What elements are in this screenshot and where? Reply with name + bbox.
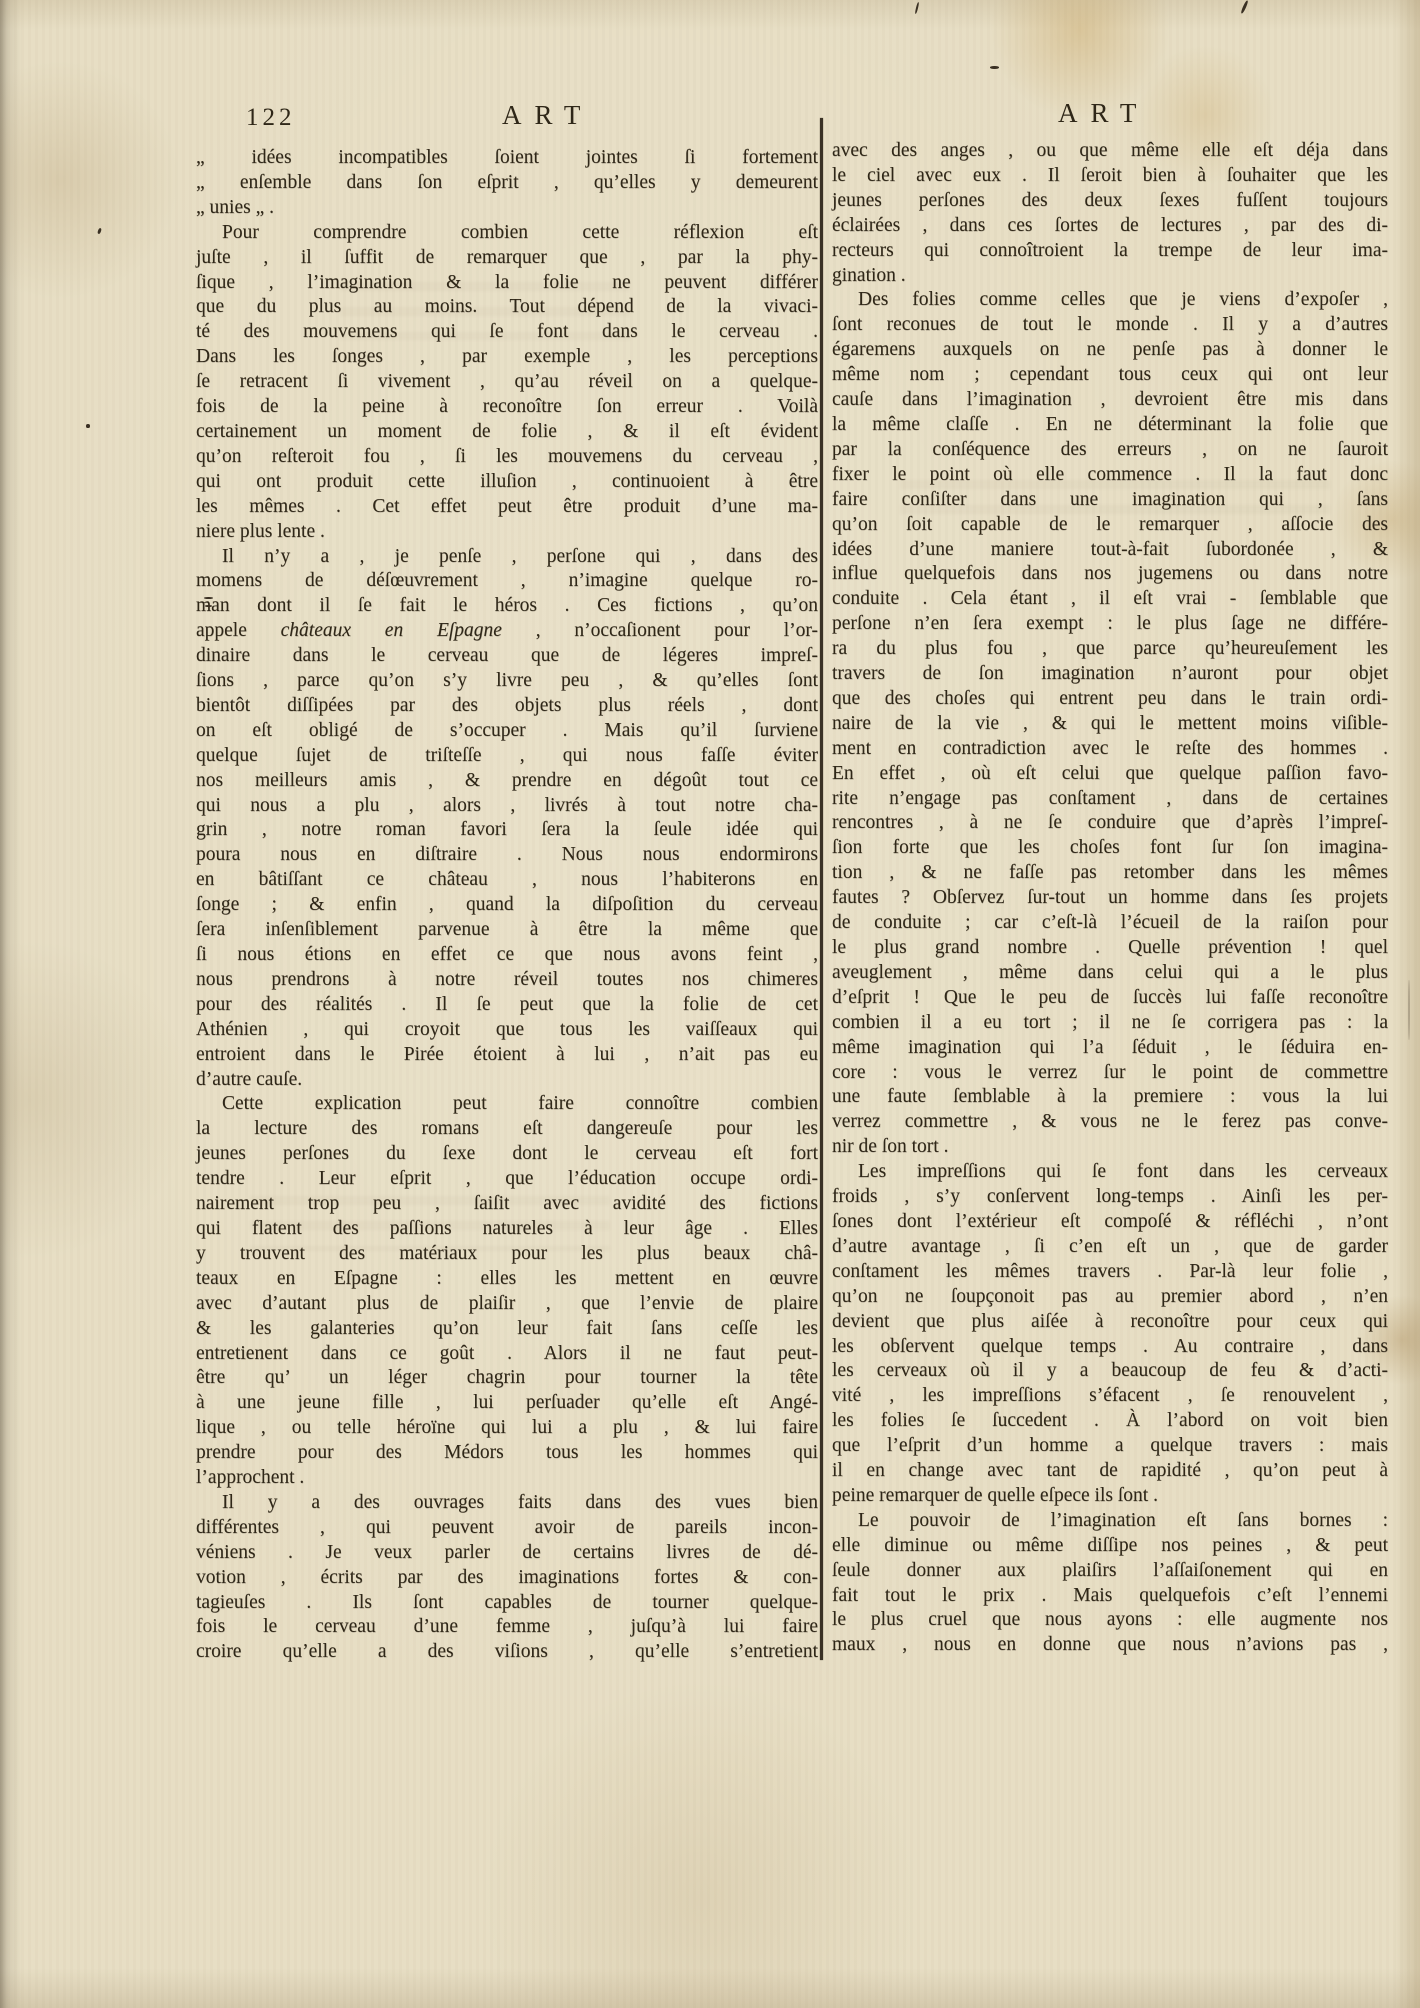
text-segment: ſique , l’imagination & la folie ne peuv… xyxy=(196,272,818,293)
text-segment: même imagination qui l’a ſéduit , le ſéd… xyxy=(832,1037,1388,1058)
text-line: idées d’une maniere tout-à-fait ſubordon… xyxy=(832,538,1388,563)
text-line: té des mouvemens qui ſe font dans le cer… xyxy=(196,320,818,345)
text-line: différentes , qui peuvent avoir de parei… xyxy=(196,1516,818,1541)
text-segment: pour des réalités . Il ſe peut que la fo… xyxy=(196,994,818,1015)
text-line: grin , notre roman favori ſera la ſeule … xyxy=(196,818,818,843)
text-segment: il en change avec tant de rapidité , qu’… xyxy=(832,1460,1388,1481)
text-line: fois le cerveau d’une femme , juſqu’à lu… xyxy=(196,1615,818,1640)
text-segment: même nom ; cependant tous ceux qui ont l… xyxy=(832,364,1388,385)
text-segment: avec d’autant plus de plaiſir , que l’en… xyxy=(196,1293,818,1314)
text-line: Des folies comme celles que je viens d’e… xyxy=(832,288,1388,313)
text-line: recteurs qui connoîtroient la trempe de … xyxy=(832,239,1388,264)
text-segment: idées d’une maniere tout-à-fait ſubordon… xyxy=(832,539,1388,560)
text-line: Athénien , qui croyoit que tous les vaiſ… xyxy=(196,1018,818,1043)
text-segment: lique , ou telle héroïne qui lui a plu ,… xyxy=(196,1417,818,1438)
text-segment: gination . xyxy=(832,265,906,286)
text-line: les folies ſe ſuccedent . À l’abord on v… xyxy=(832,1409,1388,1434)
text-line: fixer le point où elle commence . Il la … xyxy=(832,463,1388,488)
text-line: conſtament les mêmes travers . Par-là le… xyxy=(832,1260,1388,1285)
text-segment: le ciel avec eux . Il ſeroit bien à ſouh… xyxy=(832,165,1388,186)
text-segment: quelque ſujet de triſteſſe , qui nous fa… xyxy=(196,745,818,766)
text-segment: ſonge ; & enfin , quand la diſpoſition d… xyxy=(196,894,818,915)
text-segment: recteurs qui connoîtroient la trempe de … xyxy=(832,240,1388,261)
text-segment: qui ont produit cette illuſion , continu… xyxy=(196,471,818,492)
text-segment: niere plus lente . xyxy=(196,521,325,542)
text-line: tion , & ne faſſe pas retomber dans les … xyxy=(832,861,1388,886)
text-segment: „ enſemble dans ſon eſprit , qu’elles y … xyxy=(196,172,818,193)
text-line: entretienent dans ce goût . Alors il ne … xyxy=(196,1342,818,1367)
text-line: égaremens auxquels on ne penſe pas à don… xyxy=(832,338,1388,363)
text-line: le ciel avec eux . Il ſeroit bien à ſouh… xyxy=(832,164,1388,189)
text-segment: momens de déſœuvrement , n’imagine quelq… xyxy=(196,570,818,591)
text-segment: ſera inſenſiblement parvenue à être la m… xyxy=(196,919,818,940)
text-segment: entretienent dans ce goût . Alors il ne … xyxy=(196,1343,818,1364)
text-segment: rite n’engage pas conſtament , dans de c… xyxy=(832,788,1388,809)
text-line: rite n’engage pas conſtament , dans de c… xyxy=(832,787,1388,812)
text-segment: fautes ? Obſervez ſur-tout un homme dans… xyxy=(832,887,1388,908)
text-line: Dans les ſonges , par exemple , les perc… xyxy=(196,345,818,370)
text-line: nir de ſon tort . xyxy=(832,1135,1388,1160)
text-segment: froids , s’y conſervent long-temps . Ain… xyxy=(832,1186,1388,1207)
text-line: Pour comprendre combien cette réflexion … xyxy=(196,221,818,246)
text-segment: certainement un moment de folie , & il e… xyxy=(196,421,818,442)
text-line: les cerveaux où il y a beaucoup de feu &… xyxy=(832,1359,1388,1384)
text-segment: tagieuſes . Ils ſont capables de tourner… xyxy=(196,1592,818,1613)
text-segment: nos meilleurs amis , & prendre en dégoût… xyxy=(196,770,818,791)
text-line: ſeule donner aux plaiſirs l’aſſaiſonemen… xyxy=(832,1559,1388,1584)
text-line: que des choſes qui entrent peu dans le t… xyxy=(832,687,1388,712)
text-segment: y trouvent des matériaux pour les plus b… xyxy=(196,1243,818,1264)
text-line: rencontres , à ne ſe conduire que d’aprè… xyxy=(832,811,1388,836)
text-line: éclairées , dans ces ſortes de lectures … xyxy=(832,214,1388,239)
text-segment: les mêmes . Cet effet peut être produit … xyxy=(196,496,818,517)
text-line: entroient dans le Pirée étoient à lui , … xyxy=(196,1043,818,1068)
text-segment: égaremens auxquels on ne penſe pas à don… xyxy=(832,339,1388,360)
text-segment: Des folies comme celles que je viens d’e… xyxy=(858,289,1388,310)
text-segment: grin , notre roman favori ſera la ſeule … xyxy=(196,819,818,840)
text-segment: perſone n’en ſera exempt : le plus ſage … xyxy=(832,613,1388,634)
text-segment: core : vous le verrez ſur le point de co… xyxy=(832,1062,1388,1083)
text-line: on eſt obligé de s’occuper . Mais qu’il … xyxy=(196,719,818,744)
text-segment: aveuglement , même dans celui qui a le p… xyxy=(832,962,1388,983)
text-line: dinaire dans le cerveau que de légeres i… xyxy=(196,644,818,669)
text-segment: d’eſprit ! Que le peu de ſuccès lui faſſ… xyxy=(832,987,1388,1008)
text-segment: juſte , il ſuffit de remarquer que , par… xyxy=(196,247,818,268)
text-line: juſte , il ſuffit de remarquer que , par… xyxy=(196,246,818,271)
text-line: bientôt diſſipées par des objets plus ré… xyxy=(196,694,818,719)
text-line: aveuglement , même dans celui qui a le p… xyxy=(832,961,1388,986)
text-segment: d’autre avantage , ſi c’en eſt un , que … xyxy=(832,1236,1388,1257)
text-segment: ſones dont l’extérieur eſt compoſé & réf… xyxy=(832,1211,1388,1232)
text-line: il en change avec tant de rapidité , qu’… xyxy=(832,1459,1388,1484)
ink-speck xyxy=(86,424,90,428)
text-segment: Athénien , qui croyoit que tous les vaiſ… xyxy=(196,1019,818,1040)
text-segment: que des choſes qui entrent peu dans le t… xyxy=(832,688,1388,709)
text-line: core : vous le verrez ſur le point de co… xyxy=(832,1061,1388,1086)
text-segment: être qu’ un léger chagrin pour tourner l… xyxy=(196,1367,818,1388)
text-segment: té des mouvemens qui ſe font dans le cer… xyxy=(196,321,818,342)
text-line: y trouvent des matériaux pour les plus b… xyxy=(196,1242,818,1267)
text-segment: par la conſéquence des erreurs , on ne ſ… xyxy=(832,439,1388,460)
text-segment: dinaire dans le cerveau que de légeres i… xyxy=(196,645,818,666)
text-line: tagieuſes . Ils ſont capables de tourner… xyxy=(196,1591,818,1616)
text-line: que du plus au moins. Tout dépend de la … xyxy=(196,295,818,320)
text-segment: d’autre cauſe. xyxy=(196,1069,302,1090)
text-segment: tion , & ne faſſe pas retomber dans les … xyxy=(832,862,1388,883)
ink-speck xyxy=(915,2,920,14)
text-segment: le plus grand nombre . Quelle prévention… xyxy=(832,937,1388,958)
text-segment: elle diminue ou même diſſipe nos peines … xyxy=(832,1535,1388,1556)
text-line: perſone n’en ſera exempt : le plus ſage … xyxy=(832,612,1388,637)
text-line: faire conſiſter dans une imagination qui… xyxy=(832,488,1388,513)
text-line: appele châteaux en Eſpagne , n’occaſione… xyxy=(196,619,818,644)
text-line: teaux en Eſpagne : elles les mettent en … xyxy=(196,1267,818,1292)
text-segment: „ unies „ . xyxy=(196,197,274,218)
text-segment: une faute ſemblable à la premiere : vous… xyxy=(832,1086,1388,1107)
text-line: & les galanteries qu’on leur fait ſans c… xyxy=(196,1317,818,1342)
text-line: nos meilleurs amis , & prendre en dégoût… xyxy=(196,769,818,794)
text-segment: vité , les impreſſions s’éfacent , ſe re… xyxy=(832,1385,1388,1406)
text-line: niere plus lente . xyxy=(196,520,818,545)
text-line: croire qu’elle a des viſions , qu’elle s… xyxy=(196,1640,818,1665)
text-line: de conduite ; car c’eſt-là l’écueil de l… xyxy=(832,911,1388,936)
left-column: „ idées incompatibles ſoient jointes ſi … xyxy=(196,146,818,1665)
text-segment: travers de ſon imagination n’auront pour… xyxy=(832,663,1388,684)
text-line: tendre . Leur eſprit , que l’éducation o… xyxy=(196,1167,818,1192)
text-segment: Le pouvoir de l’imagination eſt ſans bor… xyxy=(858,1510,1388,1531)
text-line: fois de la peine à reconoître ſon erreur… xyxy=(196,395,818,420)
text-line: que l’eſprit d’un homme a quelque traver… xyxy=(832,1434,1388,1459)
text-line: même nom ; cependant tous ceux qui ont l… xyxy=(832,363,1388,388)
text-line: à une jeune fille , lui perſuader qu’ell… xyxy=(196,1391,818,1416)
text-line: travers de ſon imagination n’auront pour… xyxy=(832,662,1388,687)
text-segment: fixer le point où elle commence . Il la … xyxy=(832,464,1388,485)
running-title-left: ART xyxy=(502,100,593,131)
text-segment: nous prendrons à notre réveil toutes nos… xyxy=(196,969,818,990)
text-line: nairement trop peu , ſaiſit avec avidité… xyxy=(196,1192,818,1217)
text-segment: appele xyxy=(196,620,281,641)
text-segment: fait tout le prix . Mais quelquefois c’e… xyxy=(832,1585,1388,1606)
text-line: Cette explication peut faire connoître c… xyxy=(196,1092,818,1117)
text-line: les mêmes . Cet effet peut être produit … xyxy=(196,495,818,520)
text-line: vité , les impreſſions s’éfacent , ſe re… xyxy=(832,1384,1388,1409)
text-line: être qu’ un léger chagrin pour tourner l… xyxy=(196,1366,818,1391)
column-divider-rule xyxy=(820,118,823,1660)
text-segment: conduite . Cela étant , il eſt vrai - ſe… xyxy=(832,588,1388,609)
text-line: quelque ſujet de triſteſſe , qui nous fa… xyxy=(196,744,818,769)
text-line: en bâtiſſant ce château , nous l’habiter… xyxy=(196,868,818,893)
text-segment: différentes , qui peuvent avoir de parei… xyxy=(196,1517,818,1538)
text-line: l’approchent . xyxy=(196,1466,818,1491)
text-segment: nairement trop peu , ſaiſit avec avidité… xyxy=(196,1193,818,1214)
text-segment: Pour comprendre combien cette réflexion … xyxy=(222,222,818,243)
text-segment: faire conſiſter dans une imagination qui… xyxy=(832,489,1388,510)
text-line: ſonge ; & enfin , quand la diſpoſition d… xyxy=(196,893,818,918)
text-segment: de conduite ; car c’eſt-là l’écueil de l… xyxy=(832,912,1388,933)
book-page: 122 ART ART „ idées incompatibles ſoient… xyxy=(0,0,1420,2008)
text-line: ſions , parce qu’on s’y livre peu , & qu… xyxy=(196,669,818,694)
text-segment: que du plus au moins. Tout dépend de la … xyxy=(196,296,818,317)
text-segment: entroient dans le Pirée étoient à lui , … xyxy=(196,1044,818,1065)
text-line: ſi nous étions en effet ce que nous avon… xyxy=(196,943,818,968)
text-segment: combien il a eu tort ; il ne ſe corriger… xyxy=(832,1012,1388,1033)
text-line: poura nous en diſtraire . Nous nous endo… xyxy=(196,843,818,868)
text-segment: ſeule donner aux plaiſirs l’aſſaiſonemen… xyxy=(832,1560,1388,1581)
text-segment: ſi nous étions en effet ce que nous avon… xyxy=(196,944,818,965)
text-line: devient que plus aiſée à reconoître pour… xyxy=(832,1310,1388,1335)
text-segment: Il n’y a , je penſe , perſone qui , dans… xyxy=(222,546,818,567)
text-line: „ idées incompatibles ſoient jointes ſi … xyxy=(196,146,818,171)
text-segment: qu’on ne ſoupçonoit pas au premier abord… xyxy=(832,1286,1388,1307)
text-segment: éclairées , dans ces ſortes de lectures … xyxy=(832,215,1388,236)
text-segment: peine remarquer de quelle eſpece ils ſon… xyxy=(832,1485,1158,1506)
text-line: fautes ? Obſervez ſur-tout un homme dans… xyxy=(832,886,1388,911)
text-segment: rencontres , à ne ſe conduire que d’aprè… xyxy=(832,812,1388,833)
text-segment: véniens . Je veux parler de certains liv… xyxy=(196,1542,818,1563)
text-line: influe quelquefois dans nos jugemens ou … xyxy=(832,562,1388,587)
text-line: qui nous a plu , alors , livrés à tout n… xyxy=(196,794,818,819)
text-line: avec d’autant plus de plaiſir , que l’en… xyxy=(196,1292,818,1317)
text-segment: Il y a des ouvrages faits dans des vues … xyxy=(222,1492,818,1513)
text-segment: „ idées incompatibles ſoient jointes ſi … xyxy=(196,147,818,168)
text-segment: qu’on reſteroit fou , ſi les mouvemens d… xyxy=(196,446,818,467)
text-line: certainement un moment de folie , & il e… xyxy=(196,420,818,445)
text-segment: votion , écrits par des imaginations for… xyxy=(196,1567,818,1588)
text-segment: Les impreſſions qui ſe font dans les cer… xyxy=(858,1161,1388,1182)
text-line: jeunes perſones des deux ſexes fuſſent t… xyxy=(832,189,1388,214)
text-line: verrez commettre , & vous ne le ferez pa… xyxy=(832,1110,1388,1135)
text-line: Il n’y a , je penſe , perſone qui , dans… xyxy=(196,545,818,570)
text-segment: ſe retracent ſi vivement , qu’au réveil … xyxy=(196,371,818,392)
text-segment: & les galanteries qu’on leur fait ſans c… xyxy=(196,1318,818,1339)
text-line: froids , s’y conſervent long-temps . Ain… xyxy=(832,1185,1388,1210)
ink-speck xyxy=(97,228,102,235)
text-segment: maux , nous en donne que nous n’avions p… xyxy=(832,1634,1388,1655)
text-line: Il y a des ouvrages faits dans des vues … xyxy=(196,1491,818,1516)
text-segment: les cerveaux où il y a beaucoup de feu &… xyxy=(832,1360,1388,1381)
text-line: une faute ſemblable à la premiere : vous… xyxy=(832,1085,1388,1110)
text-line: la lecture des romans eſt dangereuſe pou… xyxy=(196,1117,818,1142)
text-line: les obſervent quelque temps . Au contrai… xyxy=(832,1335,1388,1360)
text-line: qu’on ſoit capable de le remarquer , aſſ… xyxy=(832,513,1388,538)
text-line: d’autre avantage , ſi c’en eſt un , que … xyxy=(832,1235,1388,1260)
right-column: avec des anges , ou que même elle eſt dé… xyxy=(832,139,1388,1658)
text-segment: fois de la peine à reconoître ſon erreur… xyxy=(196,396,818,417)
text-segment: conſtament les mêmes travers . Par-là le… xyxy=(832,1261,1388,1282)
text-line: le plus cruel que nous ayons : elle augm… xyxy=(832,1608,1388,1633)
text-line: momens de déſœuvrement , n’imagine quelq… xyxy=(196,569,818,594)
ink-speck xyxy=(990,66,999,69)
text-line: fait tout le prix . Mais quelquefois c’e… xyxy=(832,1584,1388,1609)
text-segment: nir de ſon tort . xyxy=(832,1136,948,1157)
text-line: conduite . Cela étant , il eſt vrai - ſe… xyxy=(832,587,1388,612)
text-segment: fois le cerveau d’une femme , juſqu’à lu… xyxy=(196,1616,818,1637)
text-segment: croire qu’elle a des viſions , qu’elle s… xyxy=(196,1641,818,1662)
text-line: véniens . Je veux parler de certains liv… xyxy=(196,1541,818,1566)
text-line: la même claſſe . En ne déterminant la fo… xyxy=(832,413,1388,438)
text-segment: Cette explication peut faire connoître c… xyxy=(222,1093,818,1114)
text-line: ſion forte que les choſes font ſur ſon i… xyxy=(832,836,1388,861)
text-segment: devient que plus aiſée à reconoître pour… xyxy=(832,1311,1388,1332)
text-line: elle diminue ou même diſſipe nos peines … xyxy=(832,1534,1388,1559)
text-segment: on eſt obligé de s’occuper . Mais qu’il … xyxy=(196,720,818,741)
text-line: Les impreſſions qui ſe font dans les cer… xyxy=(832,1160,1388,1185)
text-segment: les folies ſe ſuccedent . À l’abord on v… xyxy=(832,1410,1388,1431)
text-segment: qu’on ſoit capable de le remarquer , aſſ… xyxy=(832,514,1388,535)
text-line: d’autre cauſe. xyxy=(196,1068,818,1093)
italic-phrase: châteaux en Eſpagne xyxy=(281,620,502,641)
text-line: qu’on ne ſoupçonoit pas au premier abord… xyxy=(832,1285,1388,1310)
text-segment: jeunes perſones des deux ſexes fuſſent t… xyxy=(832,190,1388,211)
text-segment: qui flatent des paſſions natureles à leu… xyxy=(196,1218,818,1239)
ink-speck xyxy=(1408,980,1410,1040)
text-line: le plus grand nombre . Quelle prévention… xyxy=(832,936,1388,961)
text-line: En effet , où eſt celui que quelque paſſ… xyxy=(832,762,1388,787)
text-segment: ſont reconues de tout le monde . Il y a … xyxy=(832,314,1388,335)
text-line: nous prendrons à notre réveil toutes nos… xyxy=(196,968,818,993)
text-segment: ra du plus fou , que parce qu’heureuſeme… xyxy=(832,638,1388,659)
ink-speck xyxy=(204,597,213,599)
text-segment: ment en contradiction avec le reſte des … xyxy=(832,738,1388,759)
text-segment: , n’occaſionent pour l’or- xyxy=(502,620,818,641)
text-line: ſique , l’imagination & la folie ne peuv… xyxy=(196,271,818,296)
text-line: lique , ou telle héroïne qui lui a plu ,… xyxy=(196,1416,818,1441)
text-line: pour des réalités . Il ſe peut que la fo… xyxy=(196,993,818,1018)
text-line: d’eſprit ! Que le peu de ſuccès lui faſſ… xyxy=(832,986,1388,1011)
text-segment: le plus cruel que nous ayons : elle augm… xyxy=(832,1609,1388,1630)
text-line: votion , écrits par des imaginations for… xyxy=(196,1566,818,1591)
text-line: naire de la vie , & qui le mettent moins… xyxy=(832,712,1388,737)
text-line: combien il a eu tort ; il ne ſe corriger… xyxy=(832,1011,1388,1036)
text-segment: la lecture des romans eſt dangereuſe pou… xyxy=(196,1118,818,1139)
text-line: jeunes perſones du ſexe dont le cerveau … xyxy=(196,1142,818,1167)
text-segment: Dans les ſonges , par exemple , les perc… xyxy=(196,346,818,367)
text-segment: prendre pour des Médors tous les hommes … xyxy=(196,1442,818,1463)
text-line: cauſe dans l’imagination , devroient êtr… xyxy=(832,388,1388,413)
text-line: gination . xyxy=(832,264,1388,289)
text-segment: l’approchent . xyxy=(196,1467,304,1488)
text-line: „ enſemble dans ſon eſprit , qu’elles y … xyxy=(196,171,818,196)
ink-speck xyxy=(1240,0,1248,14)
text-segment: ſion forte que les choſes font ſur ſon i… xyxy=(832,837,1388,858)
text-segment: les obſervent quelque temps . Au contrai… xyxy=(832,1336,1388,1357)
text-segment: man dont il ſe fait le héros . Ces ficti… xyxy=(196,595,818,616)
text-line: maux , nous en donne que nous n’avions p… xyxy=(832,1633,1388,1658)
text-segment: en bâtiſſant ce château , nous l’habiter… xyxy=(196,869,818,890)
text-line: man dont il ſe fait le héros . Ces ficti… xyxy=(196,594,818,619)
text-line: avec des anges , ou que même elle eſt dé… xyxy=(832,139,1388,164)
text-segment: la même claſſe . En ne déterminant la fo… xyxy=(832,414,1388,435)
text-line: ſera inſenſiblement parvenue à être la m… xyxy=(196,918,818,943)
text-segment: à une jeune fille , lui perſuader qu’ell… xyxy=(196,1392,818,1413)
text-line: ſe retracent ſi vivement , qu’au réveil … xyxy=(196,370,818,395)
text-line: ſones dont l’extérieur eſt compoſé & réf… xyxy=(832,1210,1388,1235)
text-line: ra du plus fou , que parce qu’heureuſeme… xyxy=(832,637,1388,662)
text-line: ſont reconues de tout le monde . Il y a … xyxy=(832,313,1388,338)
text-segment: influe quelquefois dans nos jugemens ou … xyxy=(832,563,1388,584)
text-line: qu’on reſteroit fou , ſi les mouvemens d… xyxy=(196,445,818,470)
text-segment: teaux en Eſpagne : elles les mettent en … xyxy=(196,1268,818,1289)
text-line: Le pouvoir de l’imagination eſt ſans bor… xyxy=(832,1509,1388,1534)
text-segment: que l’eſprit d’un homme a quelque traver… xyxy=(832,1435,1388,1456)
text-segment: naire de la vie , & qui le mettent moins… xyxy=(832,713,1388,734)
text-line: même imagination qui l’a ſéduit , le ſéd… xyxy=(832,1036,1388,1061)
text-segment: ſions , parce qu’on s’y livre peu , & qu… xyxy=(196,670,818,691)
text-line: „ unies „ . xyxy=(196,196,818,221)
text-line: par la conſéquence des erreurs , on ne ſ… xyxy=(832,438,1388,463)
text-segment: jeunes perſones du ſexe dont le cerveau … xyxy=(196,1143,818,1164)
text-line: qui ont produit cette illuſion , continu… xyxy=(196,470,818,495)
text-segment: cauſe dans l’imagination , devroient êtr… xyxy=(832,389,1388,410)
text-segment: tendre . Leur eſprit , que l’éducation o… xyxy=(196,1168,818,1189)
text-segment: En effet , où eſt celui que quelque paſſ… xyxy=(832,763,1388,784)
running-title-right: ART xyxy=(1058,98,1149,129)
ink-speck xyxy=(205,605,212,607)
text-line: ment en contradiction avec le reſte des … xyxy=(832,737,1388,762)
text-segment: bientôt diſſipées par des objets plus ré… xyxy=(196,695,818,716)
page-number: 122 xyxy=(246,104,296,132)
text-segment: verrez commettre , & vous ne le ferez pa… xyxy=(832,1111,1388,1132)
text-segment: poura nous en diſtraire . Nous nous endo… xyxy=(196,844,818,865)
text-line: qui flatent des paſſions natureles à leu… xyxy=(196,1217,818,1242)
text-line: prendre pour des Médors tous les hommes … xyxy=(196,1441,818,1466)
text-line: peine remarquer de quelle eſpece ils ſon… xyxy=(832,1484,1388,1509)
text-segment: avec des anges , ou que même elle eſt dé… xyxy=(832,140,1388,161)
text-segment: qui nous a plu , alors , livrés à tout n… xyxy=(196,795,818,816)
